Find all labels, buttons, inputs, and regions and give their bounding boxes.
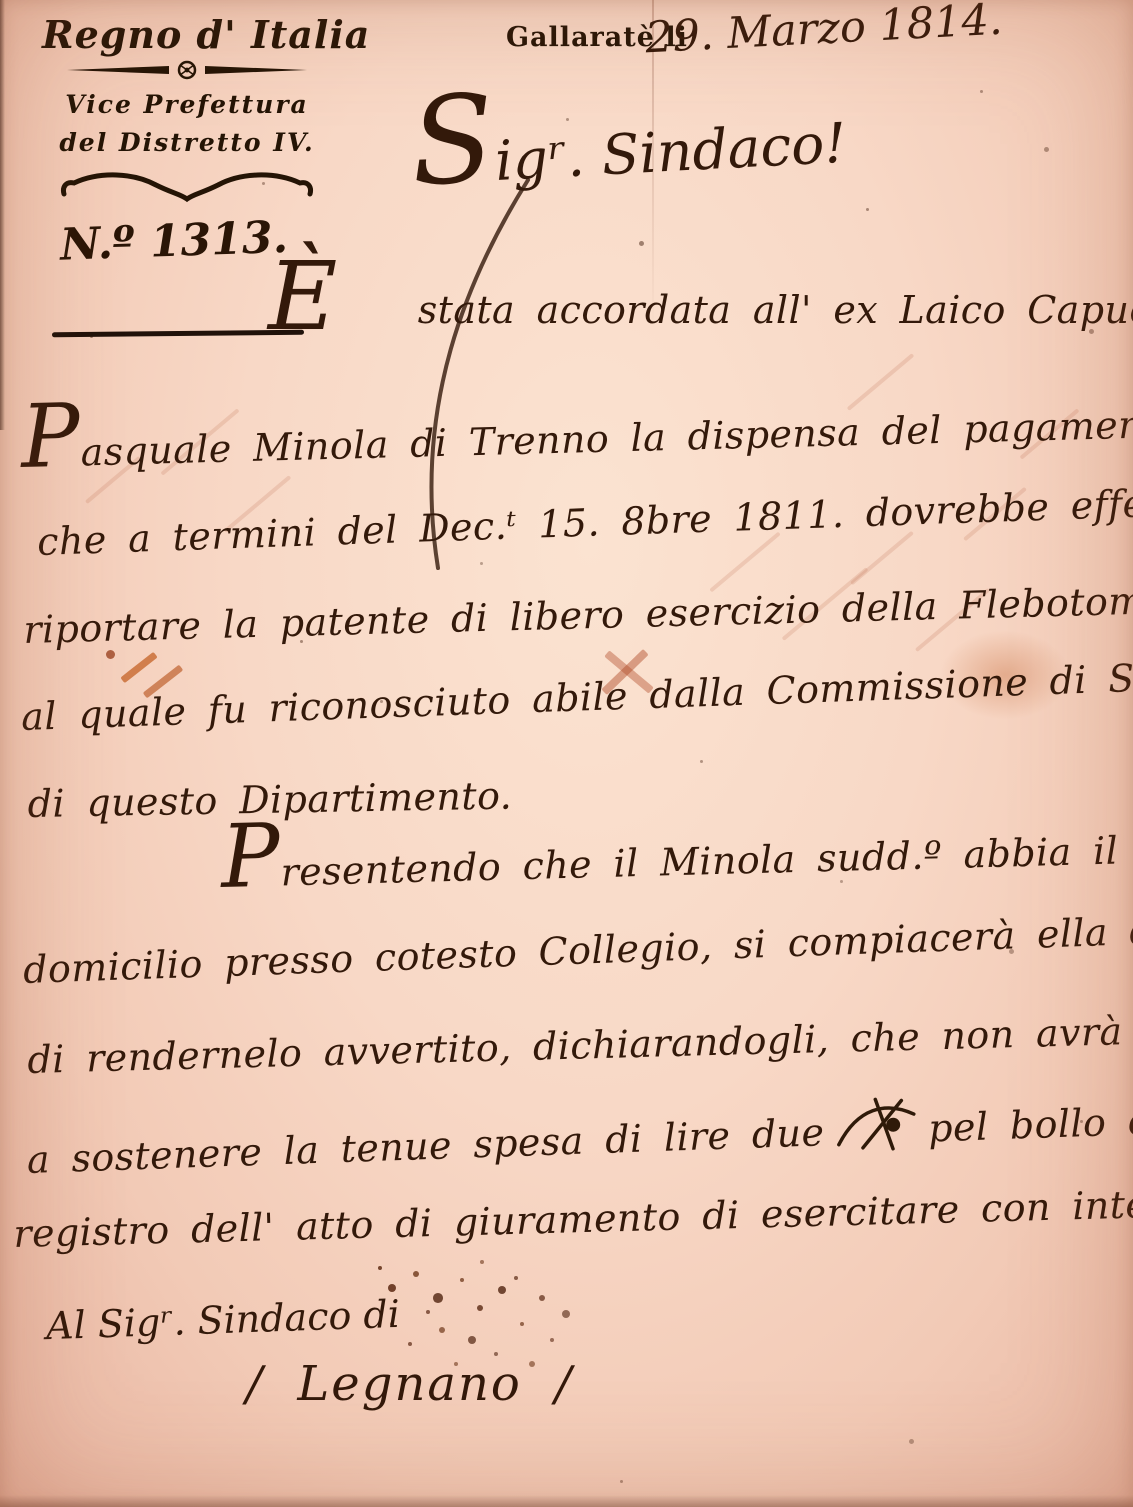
addressee-line: Al Sigʳ. Sindaco di — [45, 1292, 400, 1348]
body-line: Èstata accordata all' ex Laico Capuccino — [268, 288, 1133, 332]
body-line-text: domicilio presso cotesto Collegio, si co… — [22, 904, 1133, 992]
body-line: che a termini del Dec.ᵗ 15. 8bre 1811. d… — [36, 474, 1133, 564]
body-line-text: a sostenere la tenue spesa di lire due — [26, 1110, 825, 1182]
body-line: Pasquale Minola di Trenno la dispensa de… — [21, 401, 1133, 476]
scanned-letter-page: Regno d' Italia Vice Prefettura del Dist… — [0, 0, 1133, 1507]
body-line-text: stata accordata all' ex Laico Capuccino — [418, 288, 1133, 332]
handwritten-date: 29. Marzo 1814. — [644, 0, 1004, 63]
ink-bleedthrough-stroke — [709, 532, 781, 593]
body-line: al quale fu riconosciuto abile dalla Com… — [20, 653, 1133, 739]
body-line: Presentendo che il Minola sudd.º abbia i… — [221, 826, 1133, 896]
wavy-bracket-icon — [56, 167, 318, 205]
body-line-text: di rendernelo avvertito, dichiarandogli,… — [27, 1004, 1133, 1082]
body-line: a sostenere la tenue spesa di lire due p… — [26, 1083, 1133, 1192]
letterhead-office-line2: del Distretto IV. — [42, 128, 332, 157]
body-line-text: registro dell' atto di giuramento di ese… — [13, 1180, 1133, 1256]
place-signature: / Legnano / — [246, 1356, 573, 1412]
body-line-text: Pasquale Minola di Trenno la dispensa de… — [21, 401, 1133, 476]
body-line: registro dell' atto di giuramento di ese… — [13, 1180, 1133, 1256]
letterhead-kingdom-title: Regno d' Italia — [42, 12, 332, 57]
body-line-text: pel bollo e per — [927, 1096, 1133, 1151]
body-line-text: al quale fu riconosciuto abile dalla Com… — [20, 653, 1133, 739]
letterhead-office-line1: Vice Prefettura — [42, 90, 332, 119]
letterhead: Regno d' Italia Vice Prefettura del Dist… — [42, 12, 332, 266]
body-line-text: Presentendo che il Minola sudd.º abbia i… — [221, 826, 1133, 896]
rust-stain — [120, 652, 157, 683]
rust-stain — [106, 650, 115, 659]
ink-spatter — [378, 1266, 382, 1270]
body-line: di rendernelo avvertito, dichiarandogli,… — [27, 1004, 1133, 1082]
foxing-specks — [0, 0, 3, 3]
ink-bleedthrough-stroke — [850, 531, 914, 585]
cancelled-word-scribble — [829, 1094, 923, 1164]
paper-edge-shadow-left — [0, 0, 5, 430]
body-line-text: che a termini del Dec.ᵗ 15. 8bre 1811. d… — [36, 474, 1133, 564]
salutation: Sigʳ. Sindaco! — [411, 111, 848, 198]
ornament-rule-icon — [61, 59, 313, 81]
paper-edge-shadow-bottom — [0, 1495, 1133, 1507]
ink-bleedthrough-stroke — [847, 353, 915, 411]
drop-cap-e: È — [268, 242, 338, 352]
body-line: domicilio presso cotesto Collegio, si co… — [22, 904, 1133, 992]
letterhead-rule — [52, 330, 304, 338]
